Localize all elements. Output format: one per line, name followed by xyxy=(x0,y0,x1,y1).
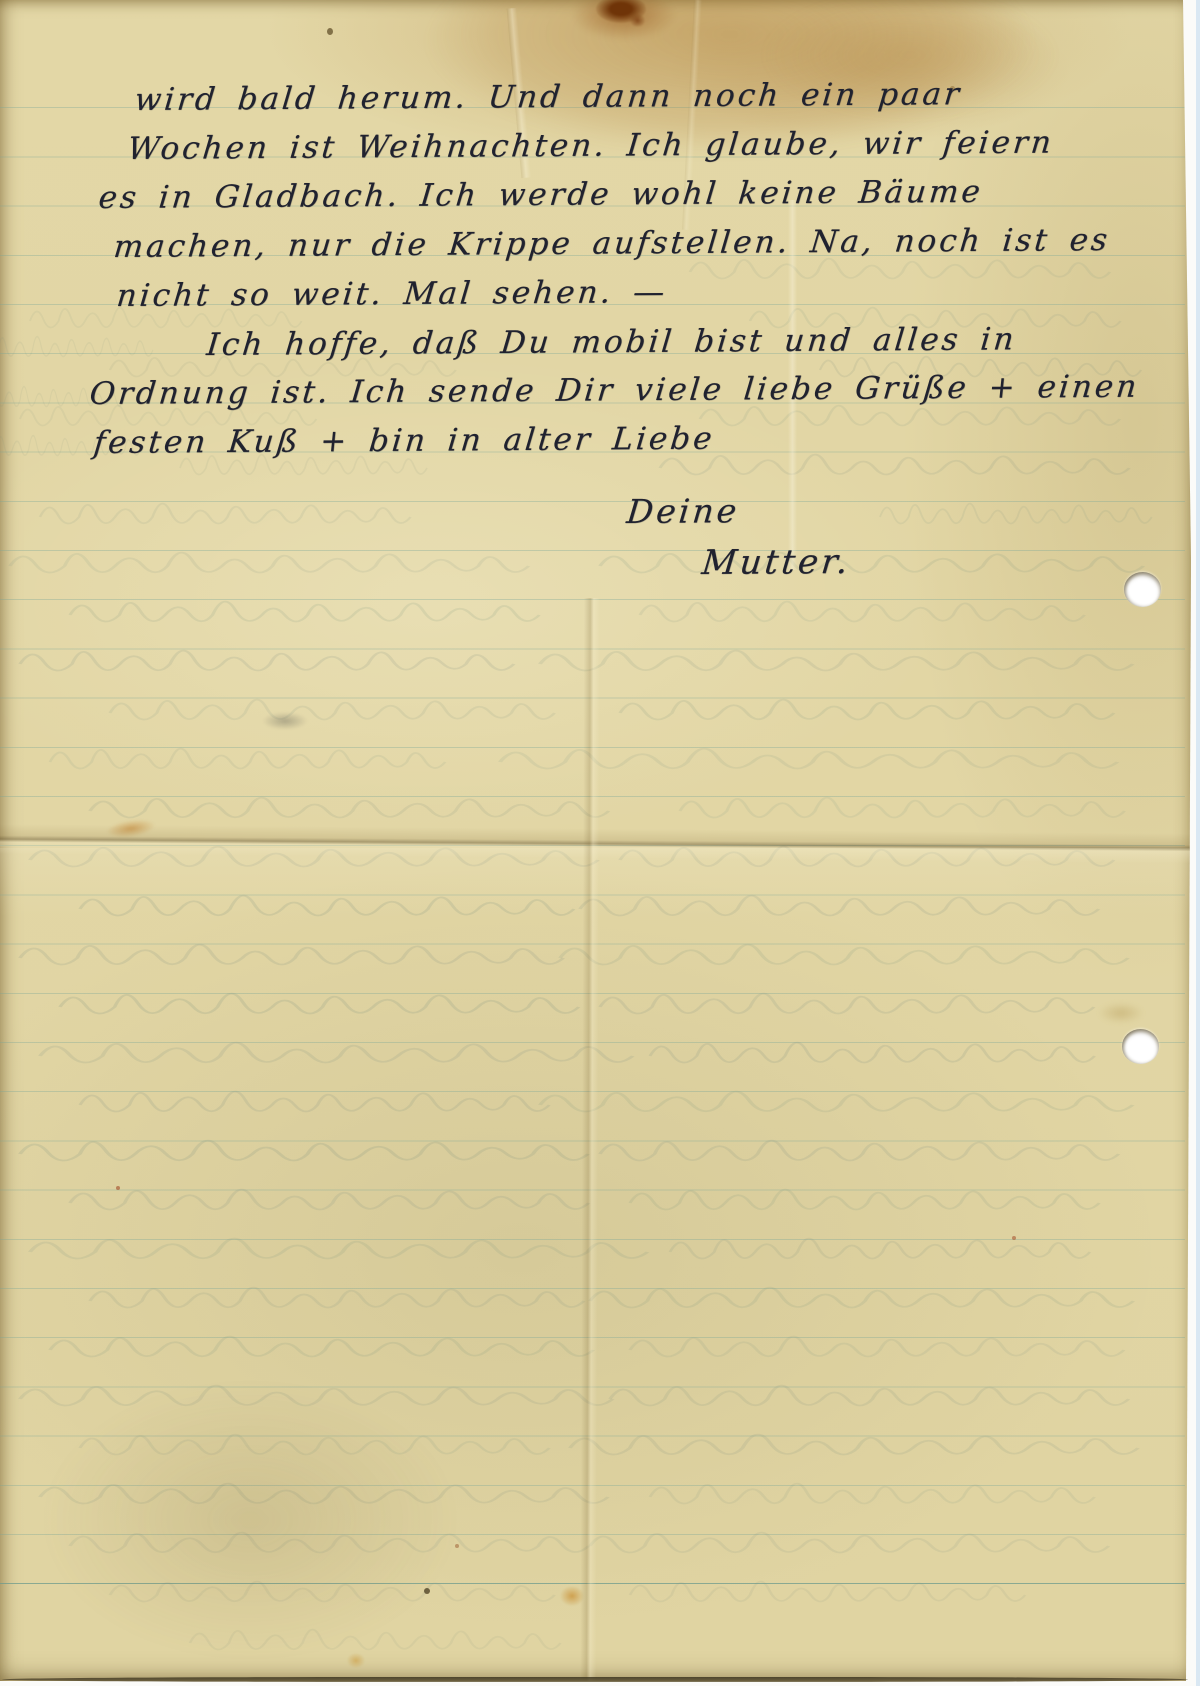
rust-stain-core xyxy=(596,0,646,23)
rust-stain-droplet xyxy=(630,14,645,27)
vertical-fold-crease xyxy=(580,598,600,1681)
handwriting-line: Wochen ist Weihnachten. Ich glaube, wir … xyxy=(126,125,1056,167)
paper-bottom-edge-shadow xyxy=(2,1677,1188,1682)
handwriting-line: festen Kuß + bin in alter Liebe xyxy=(92,421,716,461)
paper-sheet: wird bald herum. Und dann noch ein paar … xyxy=(0,0,1191,1681)
ink-speck xyxy=(424,1588,430,1594)
bottom-orange-spot xyxy=(560,1586,584,1606)
fold-orange-stain xyxy=(105,817,157,841)
bottom-left-shading xyxy=(40,1380,460,1660)
rust-speck xyxy=(116,1186,120,1190)
fold-light-band xyxy=(0,848,1191,918)
handwriting-line: Ich hoffe, daß Du mobil bist und alles i… xyxy=(205,321,1018,363)
scanner-edge-sliver xyxy=(1196,0,1200,1686)
scanned-letter-page: wird bald herum. Und dann noch ein paar … xyxy=(0,0,1200,1686)
gray-smudge xyxy=(262,712,308,730)
handwriting-line: nicht so weit. Mal sehen. — xyxy=(115,274,669,314)
bottom-orange-spot-2 xyxy=(347,1653,365,1668)
punch-hole-top xyxy=(1124,572,1161,607)
rust-speck xyxy=(1012,1236,1016,1240)
closing-word: Deine xyxy=(625,491,741,531)
signature-word: Mutter. xyxy=(700,542,853,583)
rust-stain-halo xyxy=(572,0,676,40)
ruled-line-bottom xyxy=(0,1583,1185,1584)
horizontal-fold-crease xyxy=(0,824,1200,863)
hole-tan-smudge xyxy=(1098,1002,1144,1024)
handwriting-line: machen, nur die Krippe aufstellen. Na, n… xyxy=(112,222,1112,265)
punch-hole-bottom xyxy=(1122,1029,1159,1064)
handwriting-line: Ordnung ist. Ich sende Dir viele liebe G… xyxy=(88,369,1141,412)
ink-speck xyxy=(327,28,333,35)
handwriting-line: es in Gladbach. Ich werde wohl keine Bäu… xyxy=(97,174,985,216)
handwriting-line: wird bald herum. Und dann noch ein paar xyxy=(133,76,964,118)
rust-speck xyxy=(455,1544,459,1548)
